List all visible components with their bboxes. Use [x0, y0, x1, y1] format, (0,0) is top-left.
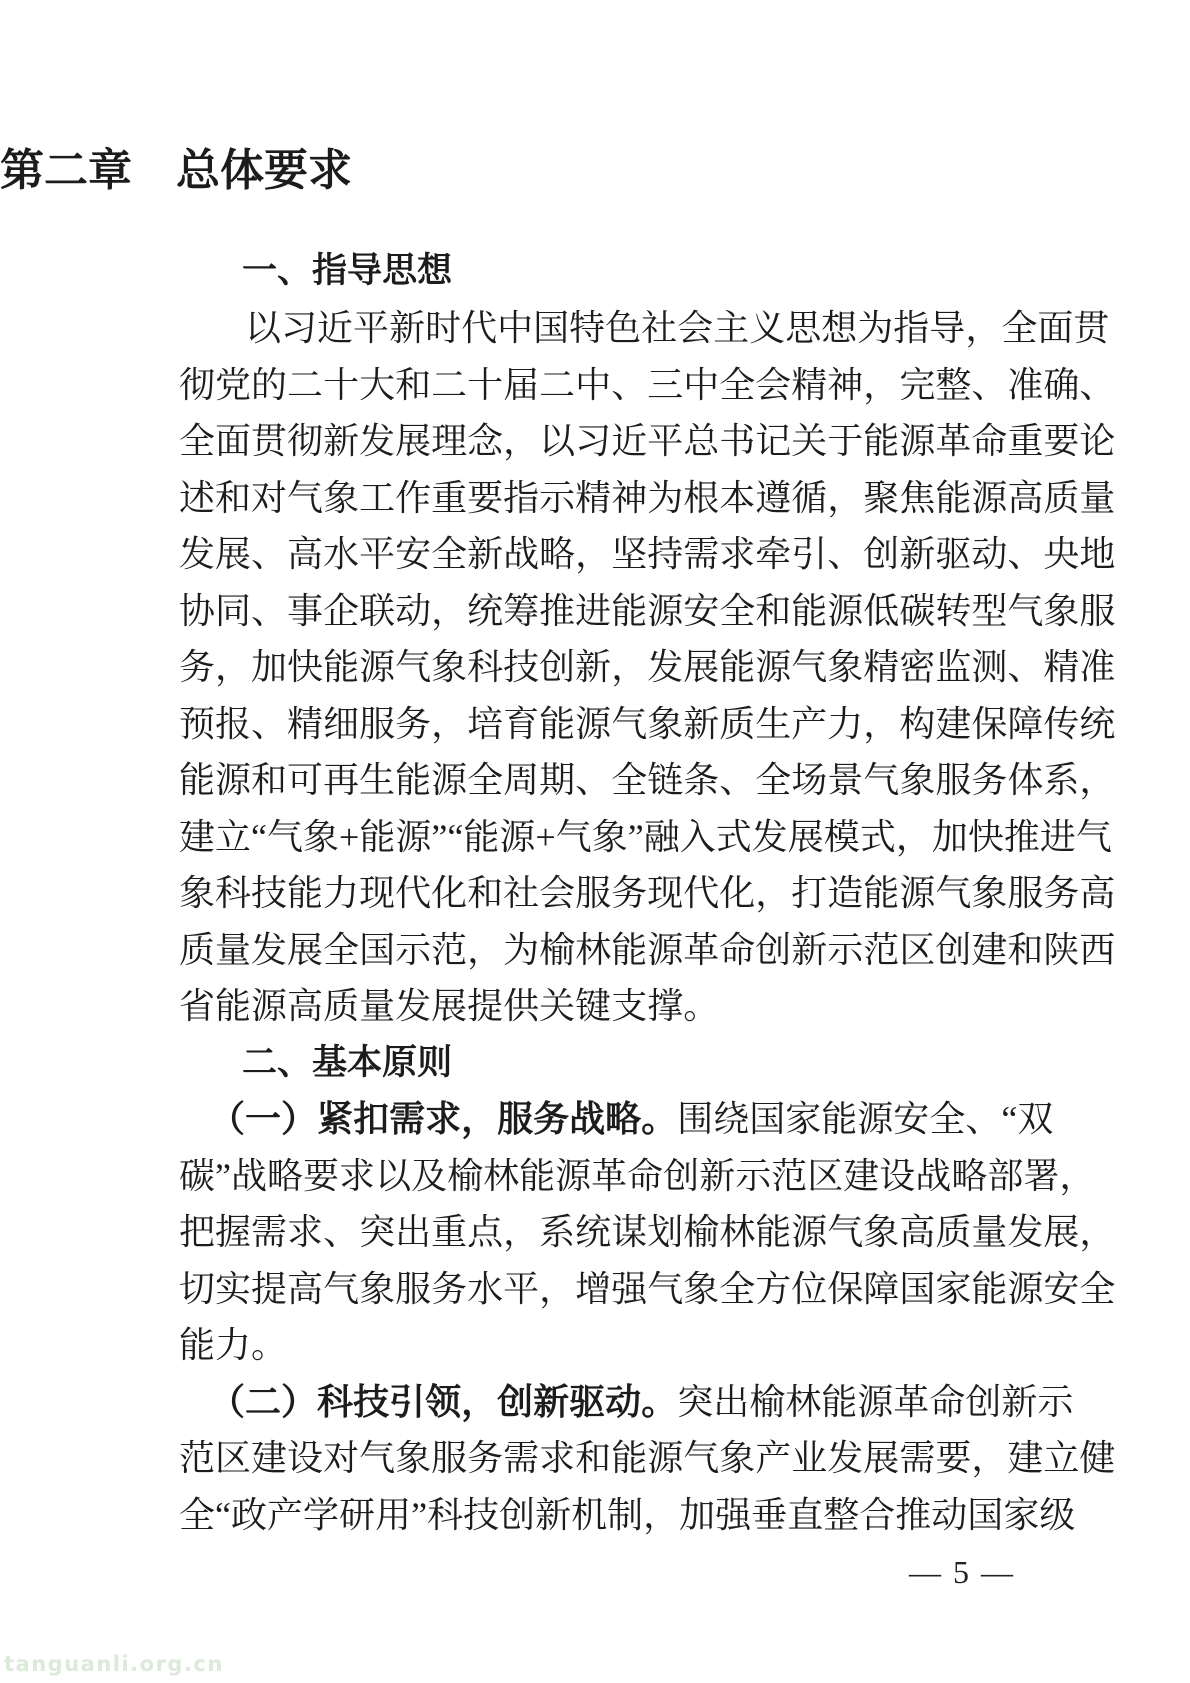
- body-line: 省能源高质量发展提供关键支撑。: [179, 978, 1043, 1035]
- body-line: （一）紧扣需求，服务战略。围绕国家能源安全、“双: [179, 1091, 1043, 1148]
- body-line: 建立“气象+能源”“能源+气象”融入式发展模式，加快推进气: [179, 809, 1043, 866]
- body-line: 务，加快能源气象科技创新，发展能源气象精密监测、精准: [179, 639, 1043, 696]
- section-heading-2: 二、基本原则: [179, 1035, 1043, 1092]
- page-number: — 5 —: [179, 1556, 1015, 1588]
- body-line: 把握需求、突出重点，系统谋划榆林能源气象高质量发展，: [179, 1204, 1043, 1261]
- body-line: 范区建设对气象服务需求和能源气象产业发展需要，建立健: [179, 1430, 1043, 1487]
- body-line: 象科技能力现代化和社会服务现代化，打造能源气象服务高: [179, 865, 1043, 922]
- body-line: 切实提高气象服务水平，增强气象全方位保障国家能源安全: [179, 1261, 1043, 1318]
- document-body: 一、指导思想 以习近平新时代中国特色社会主义思想为指导，全面贯 彻党的二十大和二…: [179, 242, 1043, 1543]
- body-line: 碳”战略要求以及榆林能源革命创新示范区建设战略部署，: [179, 1148, 1043, 1205]
- body-line: 发展、高水平安全新战略，坚持需求牵引、创新驱动、央地: [179, 526, 1043, 583]
- body-line: 全“政产学研用”科技创新机制，加强垂直整合推动国家级: [179, 1487, 1043, 1544]
- document-page: 第二章 总体要求 一、指导思想 以习近平新时代中国特色社会主义思想为指导，全面贯…: [0, 0, 1190, 1683]
- body-line: （二）科技引领，创新驱动。突出榆林能源革命创新示: [179, 1374, 1043, 1431]
- section-heading-1: 一、指导思想: [179, 242, 1043, 300]
- body-line: 协同、事企联动，统筹推进能源安全和能源低碳转型气象服: [179, 583, 1043, 640]
- chapter-title: 第二章 总体要求: [0, 146, 1190, 196]
- body-line: 彻党的二十大和二十届二中、三中全会精神，完整、准确、: [179, 357, 1043, 414]
- body-line: 预报、精细服务，培育能源气象新质生产力，构建保障传统: [179, 696, 1043, 753]
- body-line: 以习近平新时代中国特色社会主义思想为指导，全面贯: [179, 300, 1043, 357]
- body-line: 全面贯彻新发展理念，以习近平总书记关于能源革命重要论: [179, 413, 1043, 470]
- body-line: 能源和可再生能源全周期、全链条、全场景气象服务体系，: [179, 752, 1043, 809]
- body-line: 能力。: [179, 1317, 1043, 1374]
- body-line: 述和对气象工作重要指示精神为根本遵循，聚焦能源高质量: [179, 470, 1043, 527]
- watermark: tanguanli.org.cn: [4, 1652, 224, 1676]
- body-line: 质量发展全国示范，为榆林能源革命创新示范区创建和陕西: [179, 922, 1043, 979]
